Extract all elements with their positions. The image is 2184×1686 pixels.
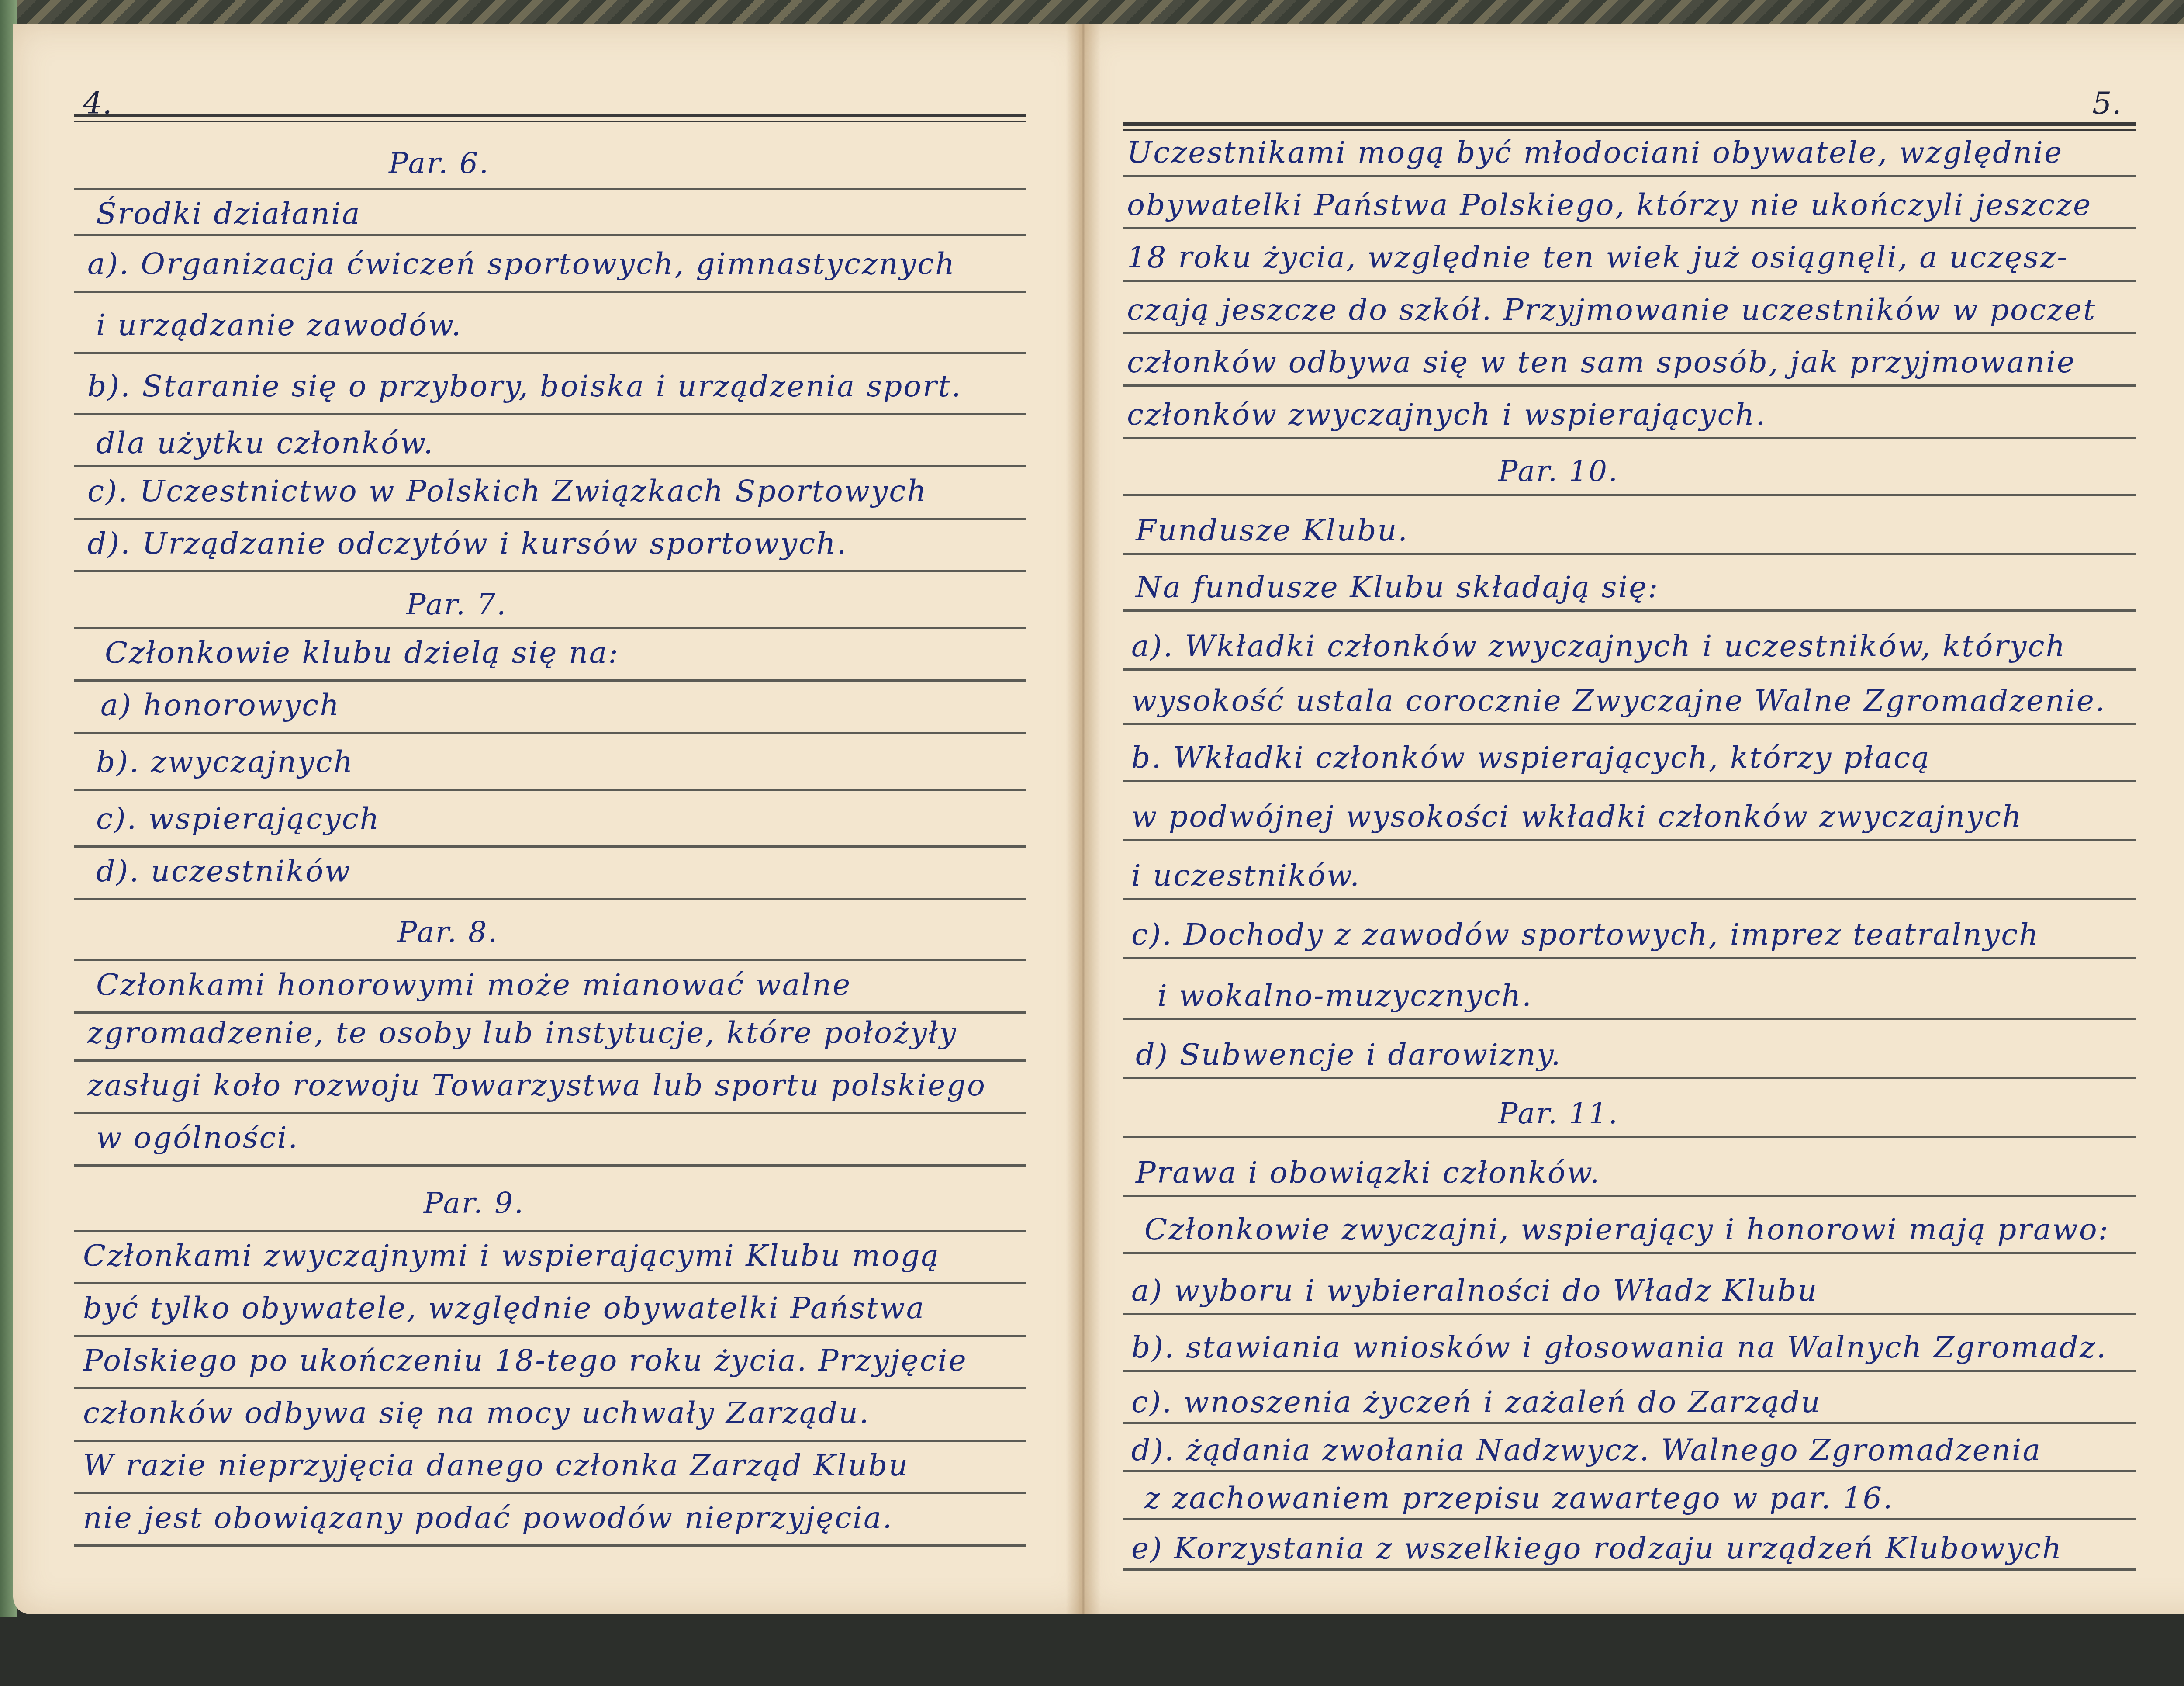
ruled-line: [74, 291, 1026, 293]
paragraph-line: Uczestnikami mogą być młodociani obywate…: [1127, 135, 2063, 170]
header-rule: [74, 114, 1026, 122]
list-item: c). Dochody z zawodów sportowych, imprez…: [1131, 917, 2039, 952]
ruled-line: [74, 1112, 1026, 1114]
list-item: d). żądania zwołania Nadzwycz. Walnego Z…: [1131, 1433, 2042, 1468]
ruled-line: [74, 789, 1026, 791]
section-heading-par9: Par. 9.: [424, 1186, 525, 1220]
paragraph-line: nie jest obowiązany podać powodów nieprz…: [83, 1501, 893, 1535]
section-heading-par7: Par. 7.: [406, 588, 507, 621]
section-title: Środki działania: [96, 197, 361, 231]
ruled-line: [74, 845, 1026, 848]
ruled-line: [1123, 227, 2136, 229]
ruled-line: [74, 413, 1026, 415]
ruled-line: [74, 234, 1026, 236]
list-item-continuation: w podwójnej wysokości wkładki członków z…: [1131, 800, 2023, 834]
ruled-line: [74, 518, 1026, 520]
list-item: a) wyboru i wybieralności do Władz Klubu: [1131, 1274, 1818, 1308]
list-item: a). Organizacja ćwiczeń sportowych, gimn…: [87, 247, 956, 281]
paragraph-line: W razie nieprzyjęcia danego członka Zarz…: [83, 1448, 909, 1483]
ruled-line: [1123, 839, 2136, 841]
list-item: c). wnoszenia życzeń i zażaleń do Zarząd…: [1131, 1385, 1821, 1419]
ruled-line: [1123, 1518, 2136, 1520]
paragraph-line: Członkami zwyczajnymi i wspierającymi Kl…: [83, 1239, 940, 1273]
ruled-line: [1123, 1077, 2136, 1079]
paragraph-line: Na fundusze Klubu składają się:: [1136, 570, 1659, 605]
list-item: b). zwyczajnych: [96, 745, 354, 779]
ruled-line: [1123, 898, 2136, 900]
list-item-continuation: i uczestników.: [1131, 859, 1361, 893]
ruled-line: [74, 1230, 1026, 1232]
paragraph-line: zgromadzenie, te osoby lub instytucje, k…: [87, 1016, 957, 1050]
section-heading-par11: Par. 11.: [1498, 1097, 1619, 1130]
right-page: 5. Uczestnikami mogą być młodociani obyw…: [1079, 24, 2184, 1614]
paragraph-line: zasługi koło rozwoju Towarzystwa lub spo…: [87, 1068, 986, 1103]
paragraph-line: członków zwyczajnych i wspierających.: [1127, 398, 1766, 432]
page-number-right: 5.: [2092, 85, 2122, 121]
list-item-continuation: i wokalno-muzycznych.: [1158, 979, 1533, 1013]
ruled-line: [74, 627, 1026, 629]
ruled-line: [74, 1059, 1026, 1062]
ruled-line: [74, 1387, 1026, 1389]
ruled-line: [74, 1492, 1026, 1494]
ruled-line: [1123, 437, 2136, 439]
ruled-line: [74, 1335, 1026, 1337]
ruled-line: [74, 732, 1026, 734]
list-item: a). Wkładki członków zwyczajnych i uczes…: [1131, 629, 2066, 664]
paragraph-line: Członkowie zwyczajni, wspierający i hono…: [1144, 1212, 2110, 1247]
book-gutter: [1066, 24, 1101, 1614]
ruled-line: [1123, 1422, 2136, 1424]
section-heading-par8: Par. 8.: [397, 915, 498, 949]
header-rule: [1123, 122, 2136, 131]
paragraph-line: Członkami honorowymi może mianować walne: [96, 968, 851, 1002]
ruled-line: [74, 1440, 1026, 1442]
paragraph-line: obywatelki Państwa Polskiego, którzy nie…: [1127, 188, 2092, 222]
ruled-line: [74, 465, 1026, 467]
section-heading-par10: Par. 10.: [1498, 454, 1619, 488]
list-item: b. Wkładki członków wspierających, którz…: [1131, 741, 1931, 775]
list-item: b). stawiania wniosków i głosowania na W…: [1131, 1330, 2107, 1365]
ruled-line: [74, 1282, 1026, 1284]
ruled-line: [74, 959, 1026, 961]
list-item: d). Urządzanie odczytów i kursów sportow…: [87, 526, 847, 561]
paragraph-line: Członkowie klubu dzielą się na:: [105, 636, 619, 670]
ruled-line: [74, 1011, 1026, 1014]
section-title: Prawa i obowiązki członków.: [1136, 1156, 1600, 1190]
ruled-line: [74, 352, 1026, 354]
ruled-line: [1123, 1018, 2136, 1020]
list-item-continuation: i urządzanie zawodów.: [96, 308, 462, 343]
paragraph-line: być tylko obywatele, względnie obywatelk…: [83, 1291, 925, 1326]
ruled-line: [1123, 668, 2136, 671]
ruled-line: [1123, 1252, 2136, 1254]
ruled-line: [74, 898, 1026, 900]
list-item-continuation: wysokość ustala corocznie Zwyczajne Waln…: [1131, 684, 2106, 718]
ruled-line: [74, 570, 1026, 572]
ruled-line: [74, 1544, 1026, 1547]
section-heading-par6: Par. 6.: [389, 146, 490, 180]
ruled-line: [1123, 1568, 2136, 1571]
list-item: c). wspierających: [96, 802, 380, 836]
ruled-line: [1123, 609, 2136, 612]
ruled-line: [1123, 384, 2136, 387]
paragraph-line: członków odbywa się na mocy uchwały Zarz…: [83, 1396, 870, 1430]
left-page: 4. Par. 6. Środki działania a). Organiza…: [13, 24, 1092, 1614]
paragraph-line: Polskiego po ukończeniu 18-tego roku życ…: [83, 1343, 968, 1378]
paragraph-line: czają jeszcze do szkół. Przyjmowanie ucz…: [1127, 293, 2096, 327]
ruled-line: [1123, 280, 2136, 282]
ruled-line: [1123, 723, 2136, 725]
paragraph-line: 18 roku życia, względnie ten wiek już os…: [1127, 240, 2068, 275]
ruled-line: [1123, 175, 2136, 177]
ruled-line: [1123, 1136, 2136, 1138]
list-item: b). Staranie się o przybory, boiska i ur…: [87, 369, 962, 404]
list-item-continuation: dla użytku członków.: [96, 426, 434, 460]
ruled-line: [1123, 780, 2136, 782]
ruled-line: [1123, 1470, 2136, 1472]
ruled-line: [1123, 1195, 2136, 1197]
list-item-continuation: z zachowaniem przepisu zawartego w par. …: [1144, 1481, 1894, 1516]
ruled-line: [1123, 957, 2136, 959]
list-item: c). Uczestnictwo w Polskich Związkach Sp…: [87, 474, 927, 509]
ruled-line: [1123, 332, 2136, 334]
list-item: d). uczestników: [96, 854, 351, 889]
section-title: Fundusze Klubu.: [1136, 513, 1409, 548]
list-item: d) Subwencje i darowizny.: [1136, 1038, 1562, 1072]
paragraph-line: w ogólności.: [96, 1121, 299, 1155]
ruled-line: [1123, 494, 2136, 496]
ruled-line: [74, 188, 1026, 190]
ruled-line: [74, 1164, 1026, 1167]
list-item: e) Korzystania z wszelkiego rodzaju urzą…: [1131, 1531, 2063, 1566]
paragraph-line: członków odbywa się w ten sam sposób, ja…: [1127, 345, 2076, 380]
ruled-line: [1123, 553, 2136, 555]
ruled-line: [74, 679, 1026, 682]
ruled-line: [1123, 1313, 2136, 1315]
list-item: a) honorowych: [100, 688, 340, 723]
ruled-line: [1123, 1370, 2136, 1372]
